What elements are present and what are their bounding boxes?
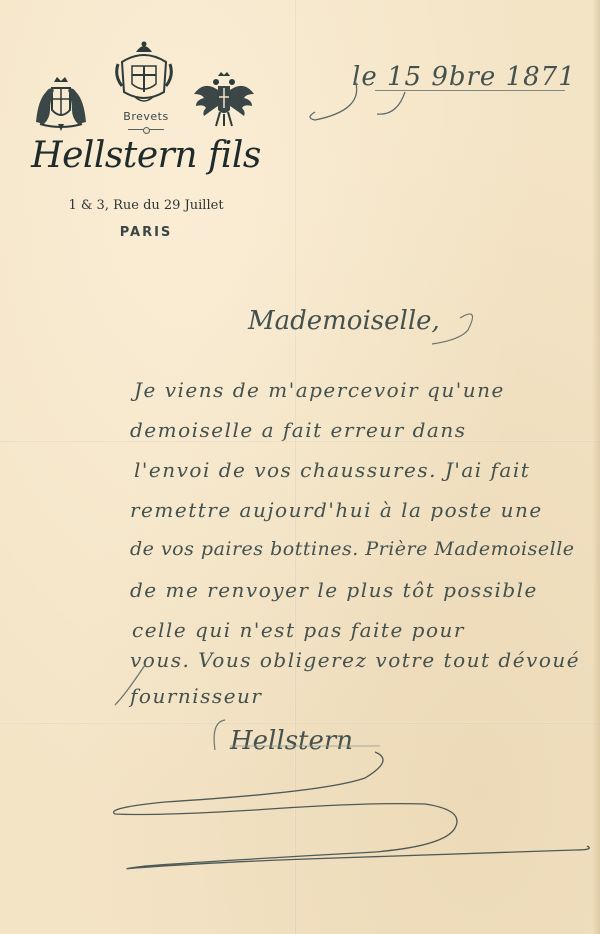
letter-page: Brevets Hellstern fils 1 & 3, Rue du 29 …: [0, 0, 600, 934]
signature-flourish-icon: [0, 0, 600, 934]
